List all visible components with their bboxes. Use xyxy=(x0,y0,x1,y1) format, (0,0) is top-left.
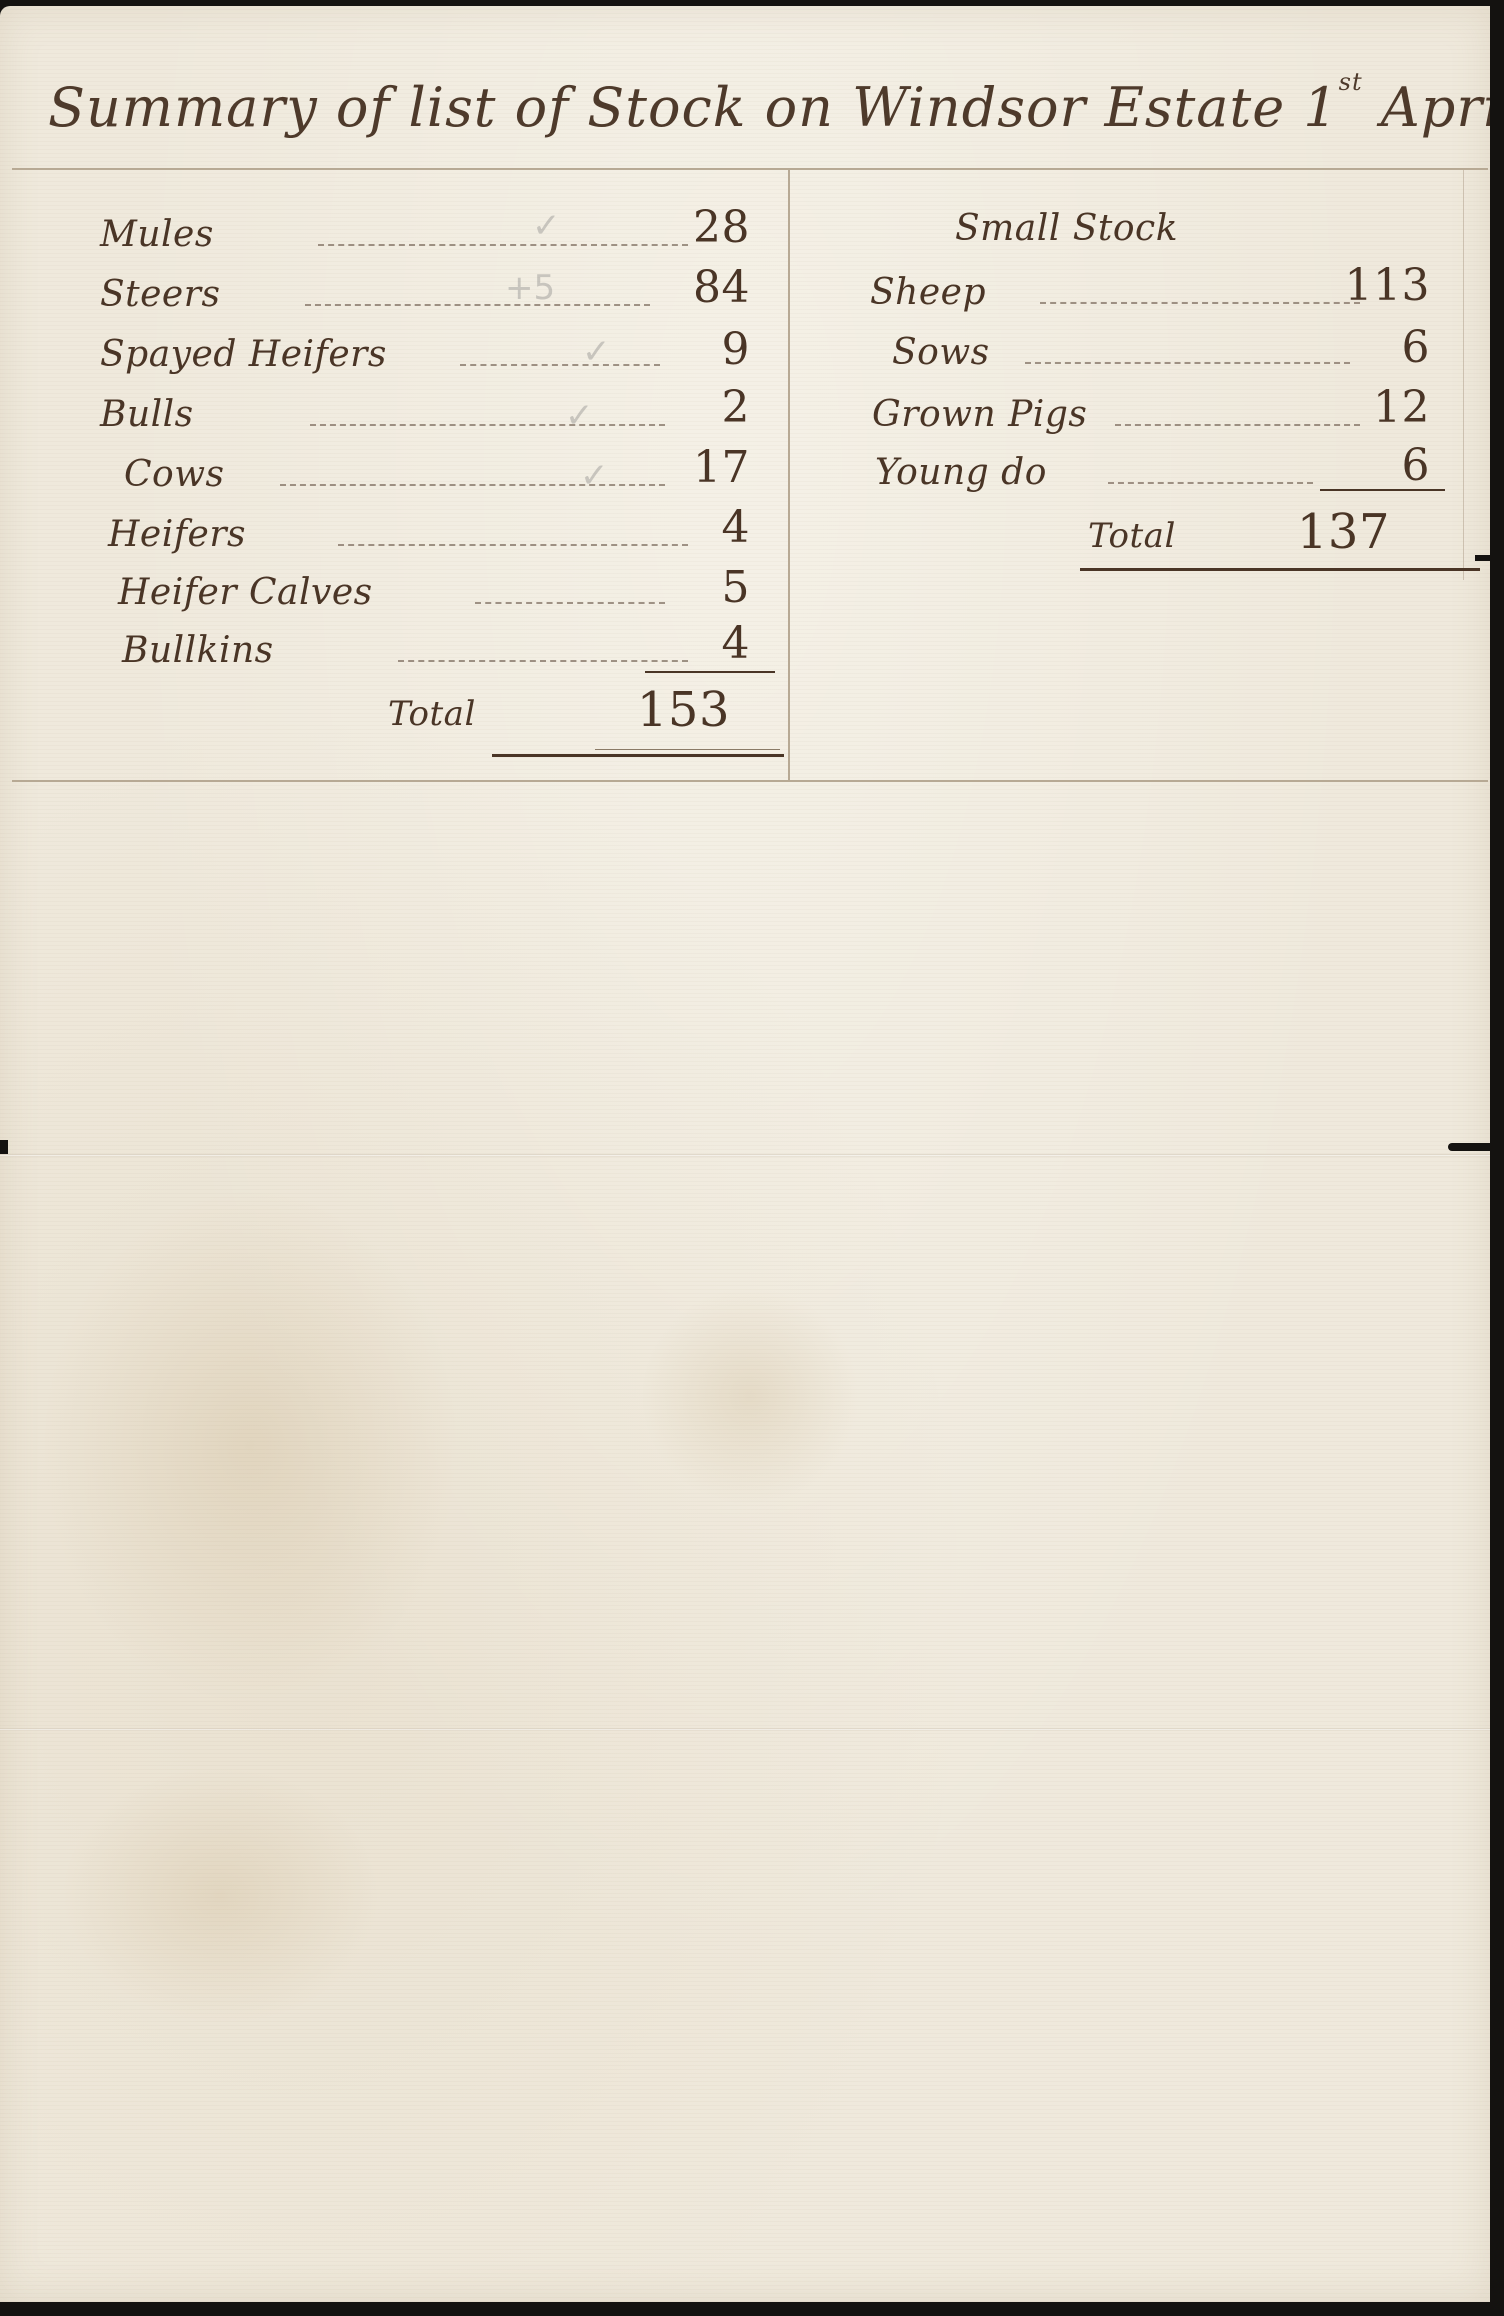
column-divider xyxy=(788,170,790,782)
right-margin-rule xyxy=(1463,170,1464,580)
stock-label-sows: Sows xyxy=(892,332,990,373)
paper-fold xyxy=(0,1154,1490,1157)
stock-label-spayed-heifers: Spayed Heifers xyxy=(100,334,387,375)
stock-value-steers: 84 xyxy=(630,262,750,313)
small-stock-total-value: 137 xyxy=(1240,504,1390,560)
stock-label-mules: Mules xyxy=(100,214,214,255)
pencil-check-mark: ✓ xyxy=(580,456,609,496)
pencil-check-mark: ✓ xyxy=(565,396,594,436)
stock-value-bullkins: 4 xyxy=(630,618,750,669)
stock-value-grown-pigs: 12 xyxy=(1310,382,1430,433)
document-page: Summary of list of Stock on Windsor Esta… xyxy=(0,6,1490,2302)
subtotal-rule xyxy=(645,671,775,673)
stock-label-young-do: Young do xyxy=(875,452,1047,493)
edge-tear xyxy=(1448,1143,1504,1151)
total-rule xyxy=(492,754,784,757)
stock-value-spayed-heifers: 9 xyxy=(630,324,750,375)
stock-label-sheep: Sheep xyxy=(870,272,986,313)
scan-background-bottom xyxy=(0,2302,1504,2316)
stock-value-heifers: 4 xyxy=(630,502,750,553)
large-stock-total-label: Total xyxy=(388,694,476,734)
scan-background-top xyxy=(0,0,1504,6)
stock-value-cows: 17 xyxy=(630,442,750,493)
leader-dots xyxy=(310,424,665,426)
large-stock-total-value: 153 xyxy=(580,682,730,738)
pencil-check-mark: ✓ xyxy=(582,332,611,372)
document-title: Summary of list of Stock on Windsor Esta… xyxy=(48,76,1504,139)
watermark-stain xyxy=(640,1286,860,1506)
foxing-stain xyxy=(60,1766,380,2026)
title-text: Summary of list of Stock on Windsor Esta… xyxy=(48,76,1339,139)
stock-value-bulls: 2 xyxy=(630,382,750,433)
footer-rule xyxy=(12,780,1488,782)
leader-dots xyxy=(305,304,650,306)
stock-value-sows: 6 xyxy=(1310,322,1430,373)
scan-background-right xyxy=(1490,0,1504,2316)
stock-label-steers: Steers xyxy=(100,274,220,315)
small-stock-total-label: Total xyxy=(1088,516,1176,556)
stock-value-mules: 28 xyxy=(630,202,750,253)
stock-label-bulls: Bulls xyxy=(100,394,194,435)
title-date: April 1814 xyxy=(1363,76,1504,139)
paper-fold xyxy=(0,1728,1490,1731)
foxing-stain xyxy=(40,1186,460,1706)
small-stock-header: Small Stock xyxy=(955,208,1178,249)
pencil-annotation: +5 xyxy=(505,268,555,308)
leader-dots xyxy=(1108,482,1313,484)
stock-label-grown-pigs: Grown Pigs xyxy=(872,394,1087,435)
subtotal-rule xyxy=(1320,489,1445,491)
stock-value-young-do: 6 xyxy=(1310,440,1430,491)
title-superscript: st xyxy=(1339,68,1363,96)
leader-dots xyxy=(1025,362,1350,364)
total-rule-thin xyxy=(595,749,780,750)
stock-label-cows: Cows xyxy=(124,454,225,495)
pencil-check-mark: ✓ xyxy=(532,206,561,246)
edge-tear xyxy=(1475,555,1504,561)
stock-value-heifer-calves: 5 xyxy=(630,562,750,613)
edge-tear xyxy=(0,1140,8,1154)
stock-value-sheep: 113 xyxy=(1310,260,1430,311)
stock-label-heifer-calves: Heifer Calves xyxy=(118,572,373,613)
header-rule xyxy=(12,168,1488,170)
stock-label-bullkins: Bullkins xyxy=(122,630,274,671)
total-rule xyxy=(1080,568,1480,571)
stock-label-heifers: Heifers xyxy=(108,514,246,555)
